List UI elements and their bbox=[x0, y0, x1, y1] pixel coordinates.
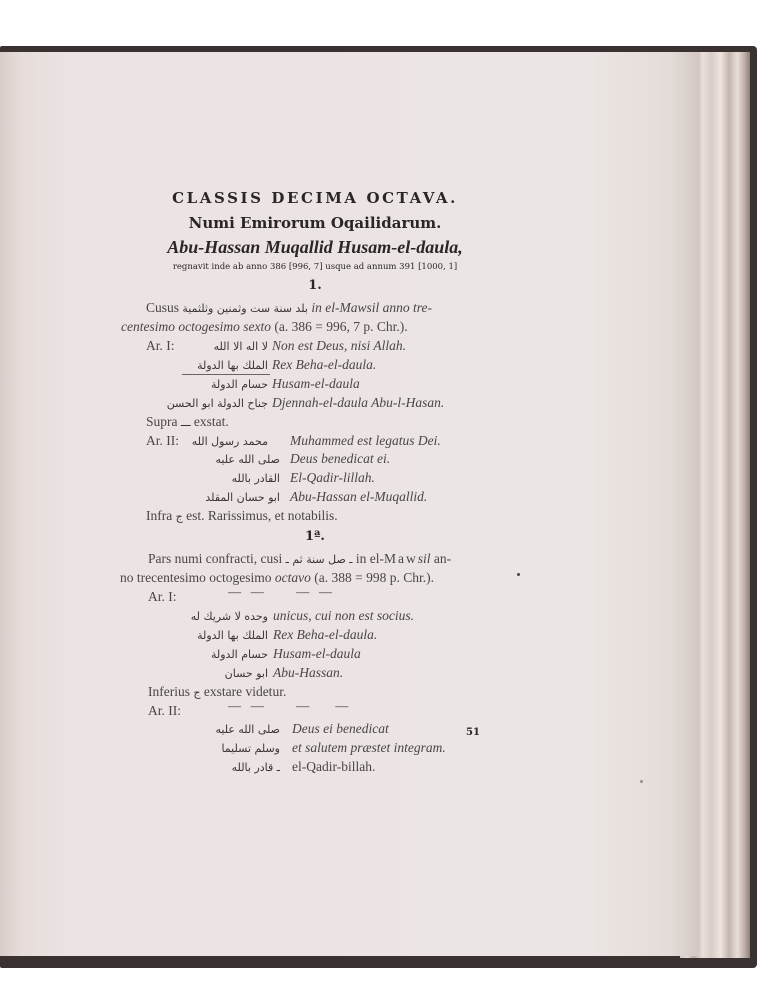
book-page: CLASSIS DECIMA OCTAVA. Numi Emirorum Oqa… bbox=[0, 52, 698, 956]
latin-translation: et salutem præstet integram. bbox=[292, 740, 446, 756]
section-subtitle: Numi Emirorum Oqailidarum. bbox=[0, 214, 630, 232]
arabic-inscription: ابو حسان المقلد bbox=[160, 491, 280, 504]
latin-translation: Husam-el-daula bbox=[272, 376, 360, 392]
latin-translation: unicus, cui non est socius. bbox=[273, 608, 414, 624]
arabic-inscription: صلى الله عليه bbox=[160, 723, 280, 736]
latin-translation: Rex Beha-el-daula. bbox=[273, 627, 377, 643]
reverse-label: Ar. II: bbox=[148, 703, 181, 719]
arabic-inscription: بلد سنة ست وثمنين وثلثمية bbox=[182, 302, 308, 315]
coin-intro-line: Cusus بلد سنة ست وثمنين وثلثمية in el-Ma… bbox=[146, 300, 432, 316]
arabic-inscription: وحده لا شريك له bbox=[148, 610, 268, 623]
arabic-inscription: الملك بها الدولة bbox=[148, 629, 268, 642]
note-line: Supra ـــ exstat. bbox=[146, 414, 229, 430]
arabic-inscription: ـ صل سنة ثم ـ bbox=[286, 553, 353, 566]
latin-translation: Deus benedicat ei. bbox=[290, 451, 390, 467]
arabic-inscription: جناح الدولة ابو الحسن bbox=[148, 397, 268, 410]
arabic-inscription: محمد رسول الله bbox=[148, 435, 268, 448]
latin-translation: Rex Beha-el-daula. bbox=[272, 357, 376, 373]
lacuna-dashes: — — — — bbox=[228, 698, 348, 714]
lacuna-dashes: — — — — bbox=[228, 584, 332, 600]
section-title: CLASSIS DECIMA OCTAVA. bbox=[0, 189, 630, 207]
latin-translation: el-Qadir-billah. bbox=[292, 759, 375, 775]
arabic-inscription: صلى الله عليه bbox=[160, 453, 280, 466]
coin-intro-line: centesimo octogesimo sexto (a. 386 = 996… bbox=[121, 319, 408, 335]
coin-intro-line: Pars numi confracti, cusi ـ صل سنة ثم ـ … bbox=[148, 551, 451, 567]
arabic-inscription: ـ قادر بالله bbox=[160, 761, 280, 774]
arabic-inscription: الملك بها الدولة bbox=[148, 359, 268, 372]
arabic-inscription: حسام الدولة bbox=[148, 378, 268, 391]
latin-translation: Abu-Hassan. bbox=[273, 665, 343, 681]
arabic-inscription: وسلم تسليما bbox=[160, 742, 280, 755]
reign-note: regnavit inde ab anno 386 [996, 7] usque… bbox=[0, 262, 630, 272]
latin-translation: Djennah-el-daula Abu-l-Hasan. bbox=[272, 395, 444, 411]
coin-number: 1. bbox=[0, 278, 630, 293]
arabic-inscription: حسام الدولة bbox=[148, 648, 268, 661]
page-number: 51 bbox=[466, 727, 480, 738]
note-line: Infra ج est. Rarissimus, et notabilis. bbox=[146, 508, 338, 524]
obverse-label: Ar. I: bbox=[148, 589, 177, 605]
coin-number: 1ª. bbox=[0, 529, 630, 544]
page-content: CLASSIS DECIMA OCTAVA. Numi Emirorum Oqa… bbox=[0, 52, 698, 956]
latin-translation: El-Qadir-lillah. bbox=[290, 470, 375, 486]
arabic-inscription: القادر بالله bbox=[160, 472, 280, 485]
arabic-inscription: ابو حسان bbox=[148, 667, 268, 680]
latin-translation: Abu-Hassan el-Muqallid. bbox=[290, 489, 427, 505]
latin-translation: Non est Deus, nisi Allah. bbox=[272, 338, 406, 354]
latin-translation: Husam-el-daula bbox=[273, 646, 361, 662]
divider-line bbox=[182, 374, 270, 375]
latin-translation: Muhammed est legatus Dei. bbox=[290, 433, 441, 449]
latin-translation: Deus ei benedicat bbox=[292, 721, 389, 737]
arabic-inscription: لا اله الا الله bbox=[148, 340, 268, 353]
ruler-name: Abu-Hassan Muqallid Husam-el-daula, bbox=[0, 237, 630, 258]
